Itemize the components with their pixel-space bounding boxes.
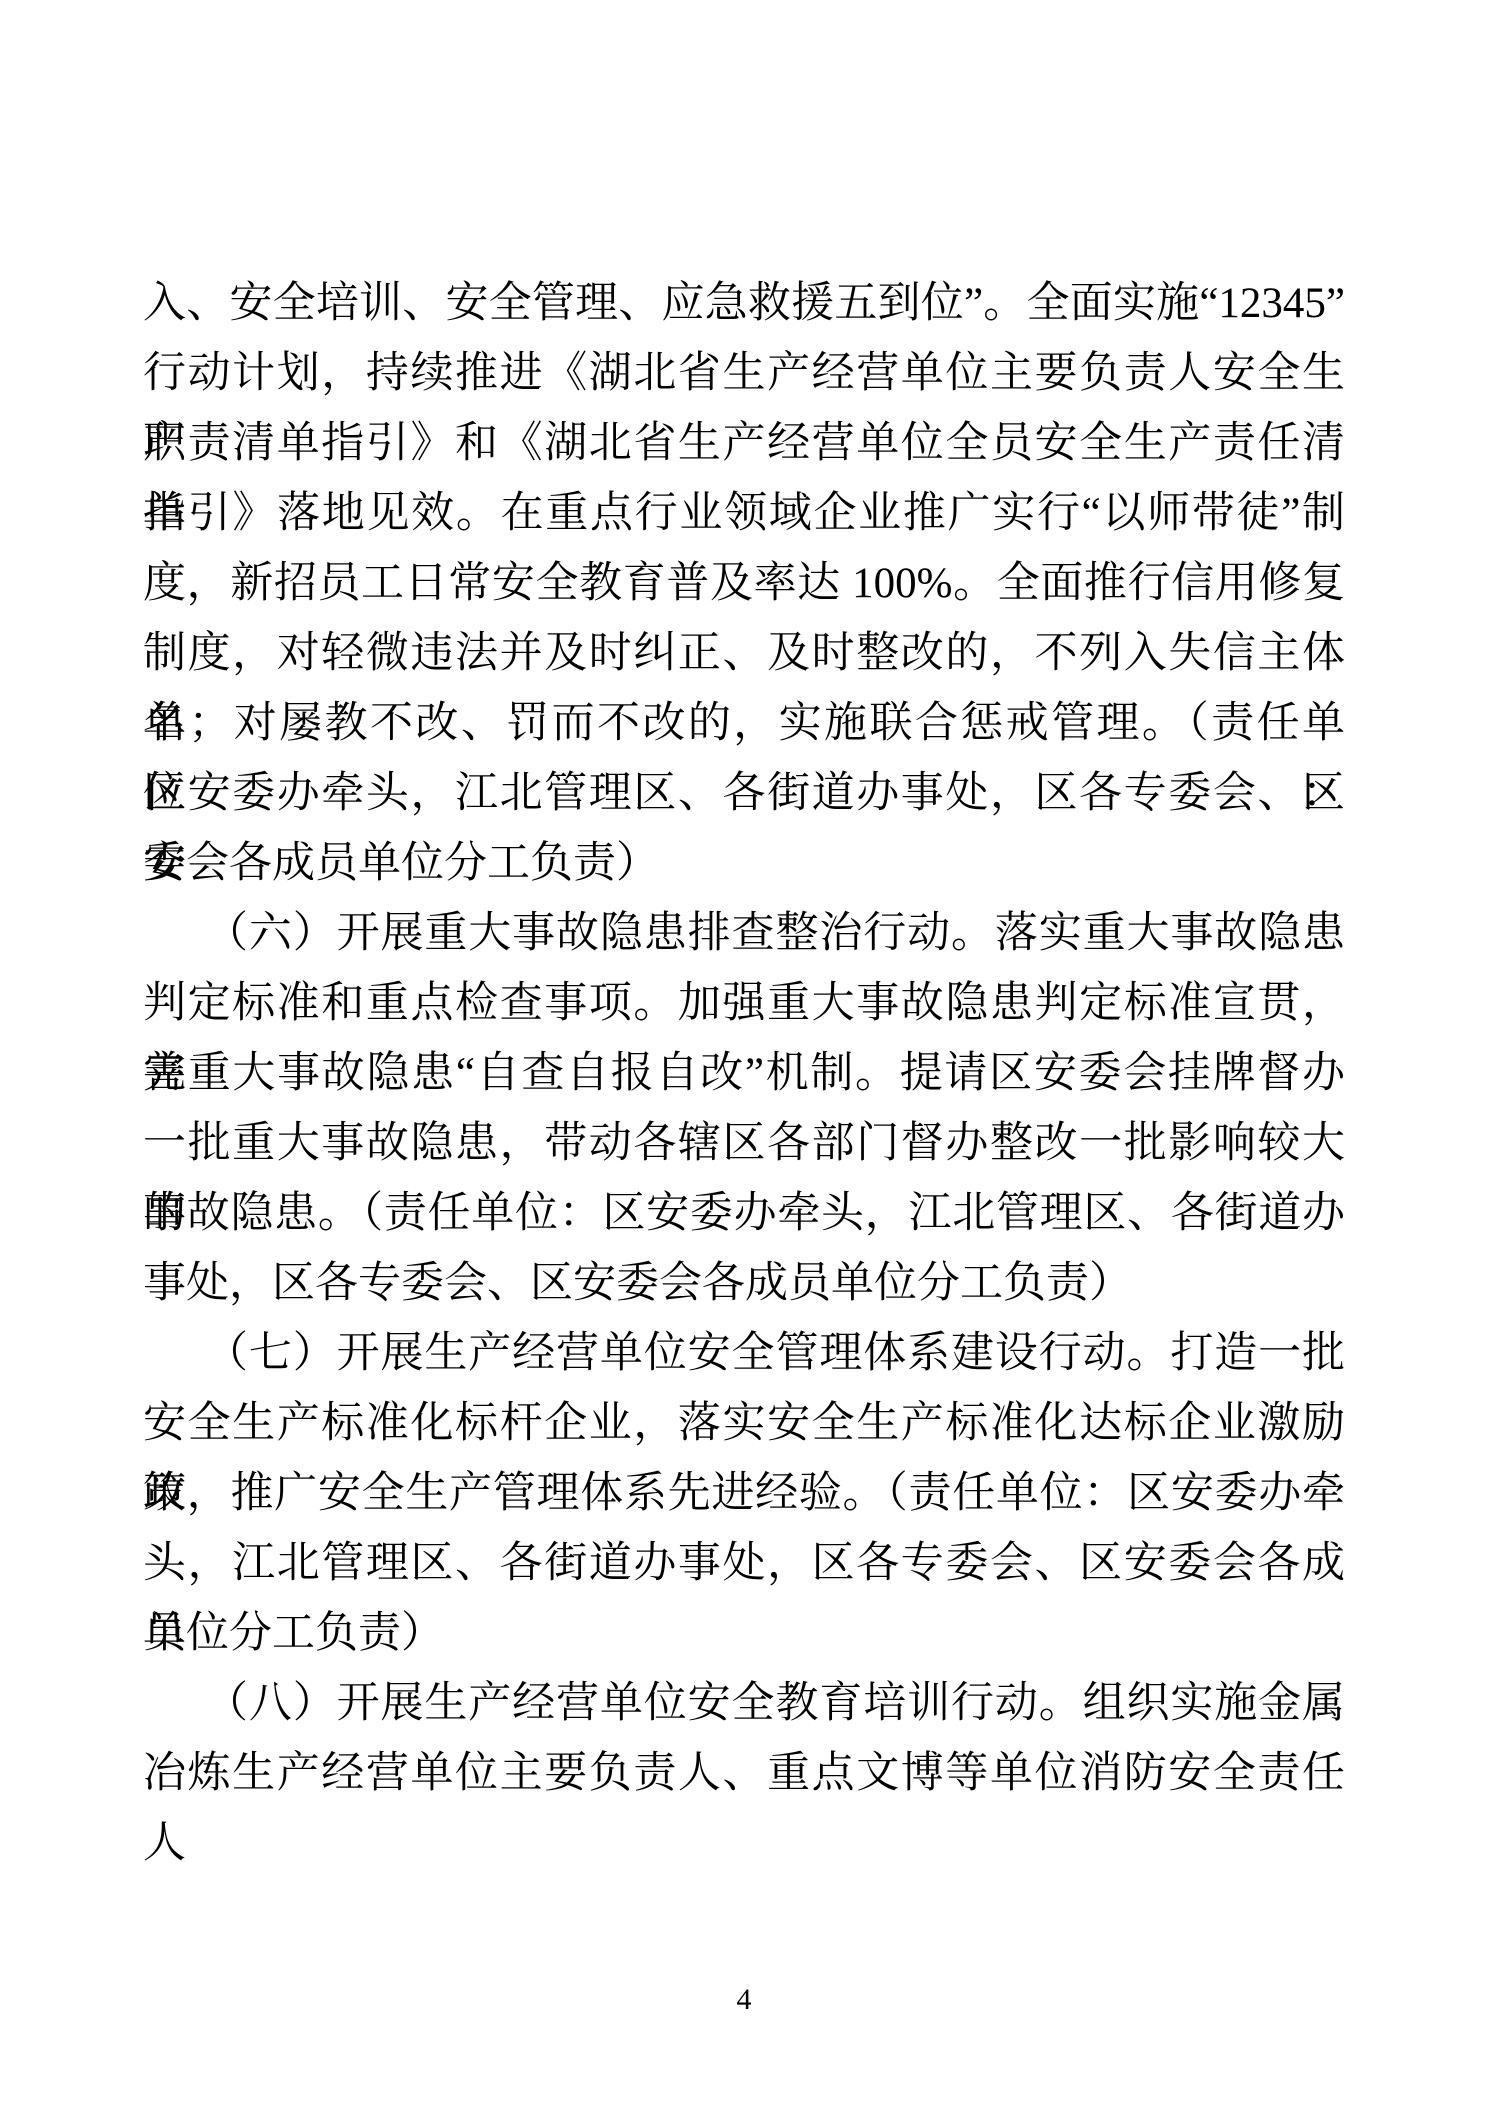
text-line: 度，新招员工日常安全教育普及率达 100%。全面推行信用修复 bbox=[143, 549, 1345, 619]
document-body: 入、安全培训、安全管理、应急救援五到位”。全面实施“12345” 行动计划，持续… bbox=[143, 269, 1345, 1809]
text-line: 指引》落地见效。在重点行业领域企业推广实行“以师带徒”制 bbox=[143, 479, 1345, 549]
text-line: 一批重大事故隐患，带动各辖区各部门督办整改一批影响较大的 bbox=[143, 1109, 1345, 1179]
text-line: 善重大事故隐患“自查自报自改”机制。提请区安委会挂牌督办 bbox=[143, 1039, 1345, 1109]
document-page: 入、安全培训、安全管理、应急救援五到位”。全面实施“12345” 行动计划，持续… bbox=[0, 0, 1488, 2104]
page-number: 4 bbox=[0, 1982, 1488, 2018]
text-line: 判定标准和重点检查事项。加强重大事故隐患判定标准宣贯，完 bbox=[143, 969, 1345, 1039]
text-line: 区安委办牵头，江北管理区、各街道办事处，区各专委会、区安 bbox=[143, 759, 1345, 829]
text-line: 事故隐患。（责任单位：区安委办牵头，江北管理区、各街道办 bbox=[143, 1179, 1345, 1249]
text-line: 头，江北管理区、各街道办事处，区各专委会、区安委会各成员 bbox=[143, 1529, 1345, 1599]
text-line: 行动计划，持续推进《湖北省生产经营单位主要负责人安全生产 bbox=[143, 339, 1345, 409]
text-line: 委会各成员单位分工负责） bbox=[143, 829, 1345, 899]
text-line: 安全生产标准化标杆企业，落实安全生产标准化达标企业激励政 bbox=[143, 1389, 1345, 1459]
text-line: 冶炼生产经营单位主要负责人、重点文博等单位消防安全责任人 bbox=[143, 1739, 1345, 1809]
text-line: 策，推广安全生产管理体系先进经验。（责任单位：区安委办牵 bbox=[143, 1459, 1345, 1529]
text-line: （八）开展生产经营单位安全教育培训行动。组织实施金属 bbox=[143, 1669, 1345, 1739]
text-line: 事处，区各专委会、区安委会各成员单位分工负责） bbox=[143, 1249, 1345, 1319]
text-line: 单位分工负责） bbox=[143, 1599, 1345, 1669]
text-line: 单；对屡教不改、罚而不改的，实施联合惩戒管理。（责任单位： bbox=[143, 689, 1345, 759]
text-line: 制度，对轻微违法并及时纠正、及时整改的，不列入失信主体名 bbox=[143, 619, 1345, 689]
text-line: 职责清单指引》和《湖北省生产经营单位全员安全生产责任清单 bbox=[143, 409, 1345, 479]
text-line: 入、安全培训、安全管理、应急救援五到位”。全面实施“12345” bbox=[143, 269, 1345, 339]
text-line: （六）开展重大事故隐患排查整治行动。落实重大事故隐患 bbox=[143, 899, 1345, 969]
text-line: （七）开展生产经营单位安全管理体系建设行动。打造一批 bbox=[143, 1319, 1345, 1389]
